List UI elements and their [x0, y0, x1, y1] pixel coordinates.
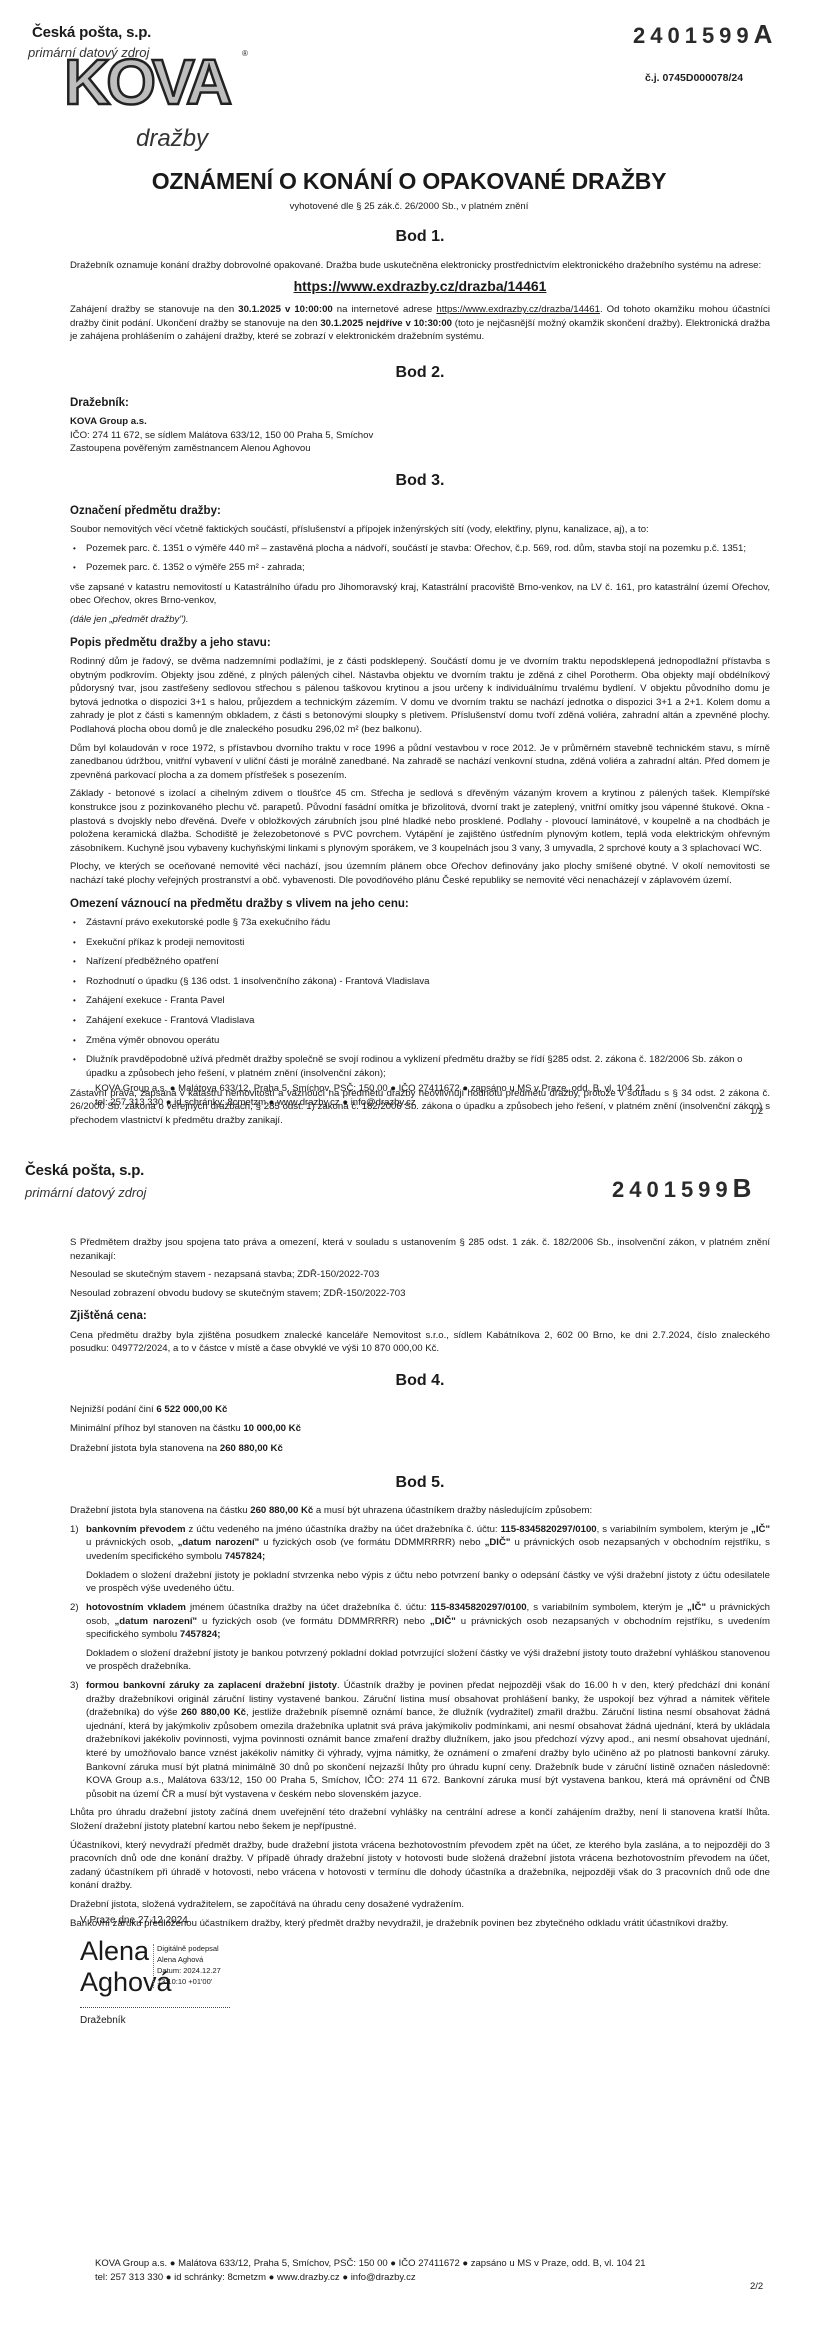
- text: , s variabilním symbolem, kterým je: [597, 1524, 751, 1535]
- deposit-amount: 260 880,00 Kč: [250, 1505, 313, 1516]
- bod5-paragraph: Účastníkovi, který nevydraží předmět dra…: [70, 1839, 770, 1893]
- text: „DIČ": [430, 1616, 456, 1627]
- document-subtitle: vyhotovené dle § 25 zák.č. 26/2000 Sb., …: [0, 200, 818, 213]
- payment-method-item: 1) bankovním převodem z účtu vedeného na…: [70, 1523, 770, 1596]
- footer-line1: KOVA Group a.s. ● Malátova 633/12, Praha…: [95, 1082, 646, 1096]
- text: Digitálně podepsal: [157, 1944, 221, 1955]
- section-heading-bod3: Bod 3.: [70, 470, 770, 493]
- specific-symbol: 7457824: [225, 1551, 262, 1562]
- place-date: V Praze dne 27.12.2024: [80, 1914, 230, 1928]
- text: Datum: 2024.12.27: [157, 1966, 221, 1977]
- account-number: 115-8345820297/0100: [431, 1602, 527, 1613]
- minimum-bid: Nejnižší podání činí 6 522 000,00 Kč: [70, 1403, 770, 1417]
- price-label: Zjištěná cena:: [70, 1308, 770, 1324]
- registered-mark: ®: [242, 48, 248, 59]
- restriction-item: Zástavní právo exekutorské podle § 73a e…: [70, 916, 770, 930]
- stamp-digits: 2401599: [612, 1177, 733, 1202]
- restriction-item: Exekuční příkaz k prodeji nemovitosti: [70, 936, 770, 950]
- stamp-letter: A: [754, 19, 773, 49]
- auctioneer-label: Dražebník:: [70, 395, 770, 411]
- price-text: Cena předmětu dražby byla zjištěna posud…: [70, 1329, 770, 1356]
- text: u právnických osob,: [86, 1537, 178, 1548]
- document-title: OZNÁMENÍ O KONÁNÍ O OPAKOVANÉ DRAŽBY: [0, 165, 818, 198]
- account-number: 115-8345820297/0100: [501, 1524, 597, 1535]
- restriction-item: Zahájení exekuce - Frantová Vladislava: [70, 1014, 770, 1028]
- auctioneer-representative: Zastoupena pověřeným zaměstnancem Alenou…: [70, 442, 770, 456]
- stamp-number: 2401599A: [633, 16, 772, 53]
- subject-label: Označení předmětu dražby:: [70, 503, 770, 519]
- method-name: hotovostním vkladem: [86, 1602, 186, 1613]
- footer-line1: KOVA Group a.s. ● Malátova 633/12, Praha…: [95, 2257, 646, 2271]
- text: , s variabilním symbolem, kterým je: [527, 1602, 688, 1613]
- text: „IČ": [687, 1602, 706, 1613]
- description-paragraph: Rodinný dům je řadový, se dvěma nadzemní…: [70, 655, 770, 737]
- footer-line2: tel: 257 313 330 ● id schránky: 8cmetzm …: [95, 1096, 646, 1110]
- section-heading-bod4: Bod 4.: [70, 1370, 770, 1393]
- parcel-item: Pozemek parc. č. 1351 o výměře 440 m² – …: [70, 542, 770, 556]
- end-date: 30.1.2025: [320, 318, 363, 329]
- text: Nejnižší podání činí: [70, 1404, 156, 1415]
- bod5-paragraph: Lhůta pro úhradu dražební jistoty začíná…: [70, 1806, 770, 1833]
- text: a musí být uhrazena účastníkem dražby ná…: [313, 1505, 592, 1516]
- minimum-bid-value: 6 522 000,00 Kč: [156, 1404, 227, 1415]
- auction-deposit: Dražební jistota byla stanovena na 260 8…: [70, 1442, 770, 1456]
- section-heading-bod2: Bod 2.: [70, 362, 770, 385]
- restrictions-list: Zástavní právo exekutorské podle § 73a e…: [70, 916, 770, 1080]
- restriction-item: Rozhodnutí o úpadku (§ 136 odst. 1 insol…: [70, 975, 770, 989]
- section-heading-bod1: Bod 1.: [70, 226, 770, 249]
- case-number: č.j. 0745D000078/24: [645, 71, 743, 86]
- minimum-increment-value: 10 000,00 Kč: [243, 1423, 301, 1434]
- sender-name: Česká pošta, s.p.: [25, 1160, 144, 1181]
- kova-logo: KOVA ® dražby: [64, 44, 264, 164]
- section-heading-bod5: Bod 5.: [70, 1472, 770, 1495]
- page1-footer: KOVA Group a.s. ● Malátova 633/12, Praha…: [95, 1082, 646, 1111]
- logo-wordmark: KOVA: [64, 50, 228, 114]
- method-proof: Dokladem o složení dražební jistoty je b…: [86, 1647, 770, 1674]
- sender-subtitle: primární datový zdroj: [25, 1184, 146, 1202]
- text: Minimální příhoz byl stanoven na částku: [70, 1423, 243, 1434]
- payment-method-item: 3) formou bankovní záruky za zaplacení d…: [70, 1679, 770, 1801]
- text: „datum narození": [178, 1537, 260, 1548]
- method-proof: Dokladem o složení dražební jistoty je p…: [86, 1569, 770, 1596]
- method-name: bankovním převodem: [86, 1524, 185, 1535]
- parcel-item: Pozemek parc. č. 1352 o výměře 255 m² - …: [70, 561, 770, 575]
- restriction-item: Zahájení exekuce - Franta Pavel: [70, 994, 770, 1008]
- restrictions-label: Omezení váznoucí na předmětu dražby s vl…: [70, 896, 770, 912]
- parcel-list: Pozemek parc. č. 1351 o výměře 440 m² – …: [70, 542, 770, 575]
- description-paragraph: Plochy, ve kterých se oceňované nemovité…: [70, 860, 770, 887]
- item-number: 1): [70, 1523, 79, 1537]
- description-label: Popis předmětu dražby a jeho stavu:: [70, 635, 770, 651]
- logo-subtitle: dražby: [136, 122, 208, 156]
- text: Alena Aghová: [157, 1955, 221, 1966]
- restriction-item: Změna výměr obnovou operátu: [70, 1034, 770, 1048]
- rights-intro: S Předmětem dražby jsou spojena tato prá…: [70, 1236, 770, 1263]
- guarantee-amount: 260 880,00 Kč: [181, 1707, 246, 1718]
- signer-role: Dražebník: [80, 2014, 230, 2028]
- page2-footer: KOVA Group a.s. ● Malátova 633/12, Praha…: [95, 2257, 646, 2286]
- page1-content: Bod 1. Dražebník oznamuje konání dražby …: [70, 214, 770, 1132]
- stamp-letter: B: [733, 1173, 752, 1203]
- text: „DIČ": [485, 1537, 511, 1548]
- item-number: 2): [70, 1601, 79, 1615]
- text: jménem účastníka dražby na účet dražební…: [186, 1602, 431, 1613]
- start-datetime: 30.1.2025 v 10:00:00: [238, 304, 333, 315]
- text: „datum narození": [114, 1616, 197, 1627]
- digital-signature: Alena Aghová Digitálně podepsal Alena Ag…: [80, 1936, 230, 2008]
- text: u fyzických osob (ve formátu DDMMRRRR) n…: [259, 1537, 484, 1548]
- payment-methods-list: 1) bankovním převodem z účtu vedeného na…: [70, 1523, 770, 1802]
- footer-line2: tel: 257 313 330 ● id schránky: 8cmetzm …: [95, 2271, 646, 2285]
- text: na internetové adrese: [333, 304, 437, 315]
- rights-item: Nesoulad zobrazení obvodu budovy se skut…: [70, 1287, 770, 1301]
- method-name: formou bankovní záruky za zaplacení draž…: [86, 1680, 337, 1691]
- bod1-intro: Dražebník oznamuje konání dražby dobrovo…: [70, 259, 770, 273]
- page-2: Česká pošta, s.p. primární datový zdroj …: [0, 1120, 818, 2350]
- page-number: 1/2: [750, 1105, 763, 1118]
- subject-intro: Soubor nemovitých věcí včetně faktických…: [70, 523, 770, 537]
- minimum-increment: Minimální příhoz byl stanoven na částku …: [70, 1422, 770, 1436]
- rights-item: Nesoulad se skutečným stavem - nezapsaná…: [70, 1268, 770, 1282]
- hereinafter-text: (dále jen „předmět dražby").: [70, 613, 770, 627]
- signature-metadata: Digitálně podepsal Alena Aghová Datum: 2…: [153, 1944, 221, 1988]
- bod5-intro: Dražební jistota byla stanovena na částk…: [70, 1504, 770, 1518]
- text: Zahájení dražby se stanovuje na den: [70, 304, 238, 315]
- description-paragraph: Základy - betonové s izolací a cihelným …: [70, 787, 770, 855]
- payment-method-item: 2) hotovostním vkladem jménem účastníka …: [70, 1601, 770, 1674]
- cadastre-text: vše zapsané v katastru nemovitostí u Kat…: [70, 581, 770, 608]
- signature-block: V Praze dne 27.12.2024 Alena Aghová Digi…: [80, 1914, 230, 2028]
- auctioneer-address: IČO: 274 11 672, se sídlem Malátova 633/…: [70, 429, 770, 443]
- auction-url-link[interactable]: https://www.exdrazby.cz/drazba/14461: [70, 277, 770, 297]
- text: z účtu vedeného na jméno účastníka dražb…: [185, 1524, 500, 1535]
- stamp-number: 2401599B: [612, 1170, 751, 1207]
- text: , jestliže dražebník písemně oznámí banc…: [86, 1707, 770, 1800]
- text: 13:10:10 +01'00': [157, 1977, 221, 1988]
- text: Dražební jistota byla stanovena na částk…: [70, 1505, 250, 1516]
- item-number: 3): [70, 1679, 79, 1693]
- page2-content: S Předmětem dražby jsou spojena tato prá…: [70, 1236, 770, 1935]
- text: ;: [262, 1551, 265, 1562]
- bod1-schedule: Zahájení dražby se stanovuje na den 30.1…: [70, 303, 770, 344]
- bod5-paragraph: Dražební jistota, složená vydražitelem, …: [70, 1898, 770, 1912]
- page-number: 2/2: [750, 2280, 763, 2293]
- text: Dražební jistota byla stanovena na: [70, 1443, 220, 1454]
- text: u fyzických osob (ve formátu DDMMRRRR) n…: [197, 1616, 430, 1627]
- restriction-item: Dlužník pravděpodobně užívá předmět draž…: [70, 1053, 770, 1080]
- page-1: Česká pošta, s.p. primární datový zdroj …: [0, 0, 818, 1120]
- sender-name: Česká pošta, s.p.: [32, 22, 151, 43]
- inline-auction-link[interactable]: https://www.exdrazby.cz/drazba/14461: [436, 304, 600, 315]
- auction-deposit-value: 260 880,00 Kč: [220, 1443, 283, 1454]
- end-time: nejdříve v 10:30:00: [363, 318, 452, 329]
- auctioneer-company: KOVA Group a.s.: [70, 415, 770, 429]
- restriction-item: Nařízení předběžného opatření: [70, 955, 770, 969]
- stamp-digits: 2401599: [633, 23, 754, 48]
- description-paragraph: Dům byl kolaudován v roce 1972, s přísta…: [70, 742, 770, 783]
- text: ;: [217, 1629, 220, 1640]
- text: „IČ": [751, 1524, 770, 1535]
- specific-symbol: 7457824: [180, 1629, 217, 1640]
